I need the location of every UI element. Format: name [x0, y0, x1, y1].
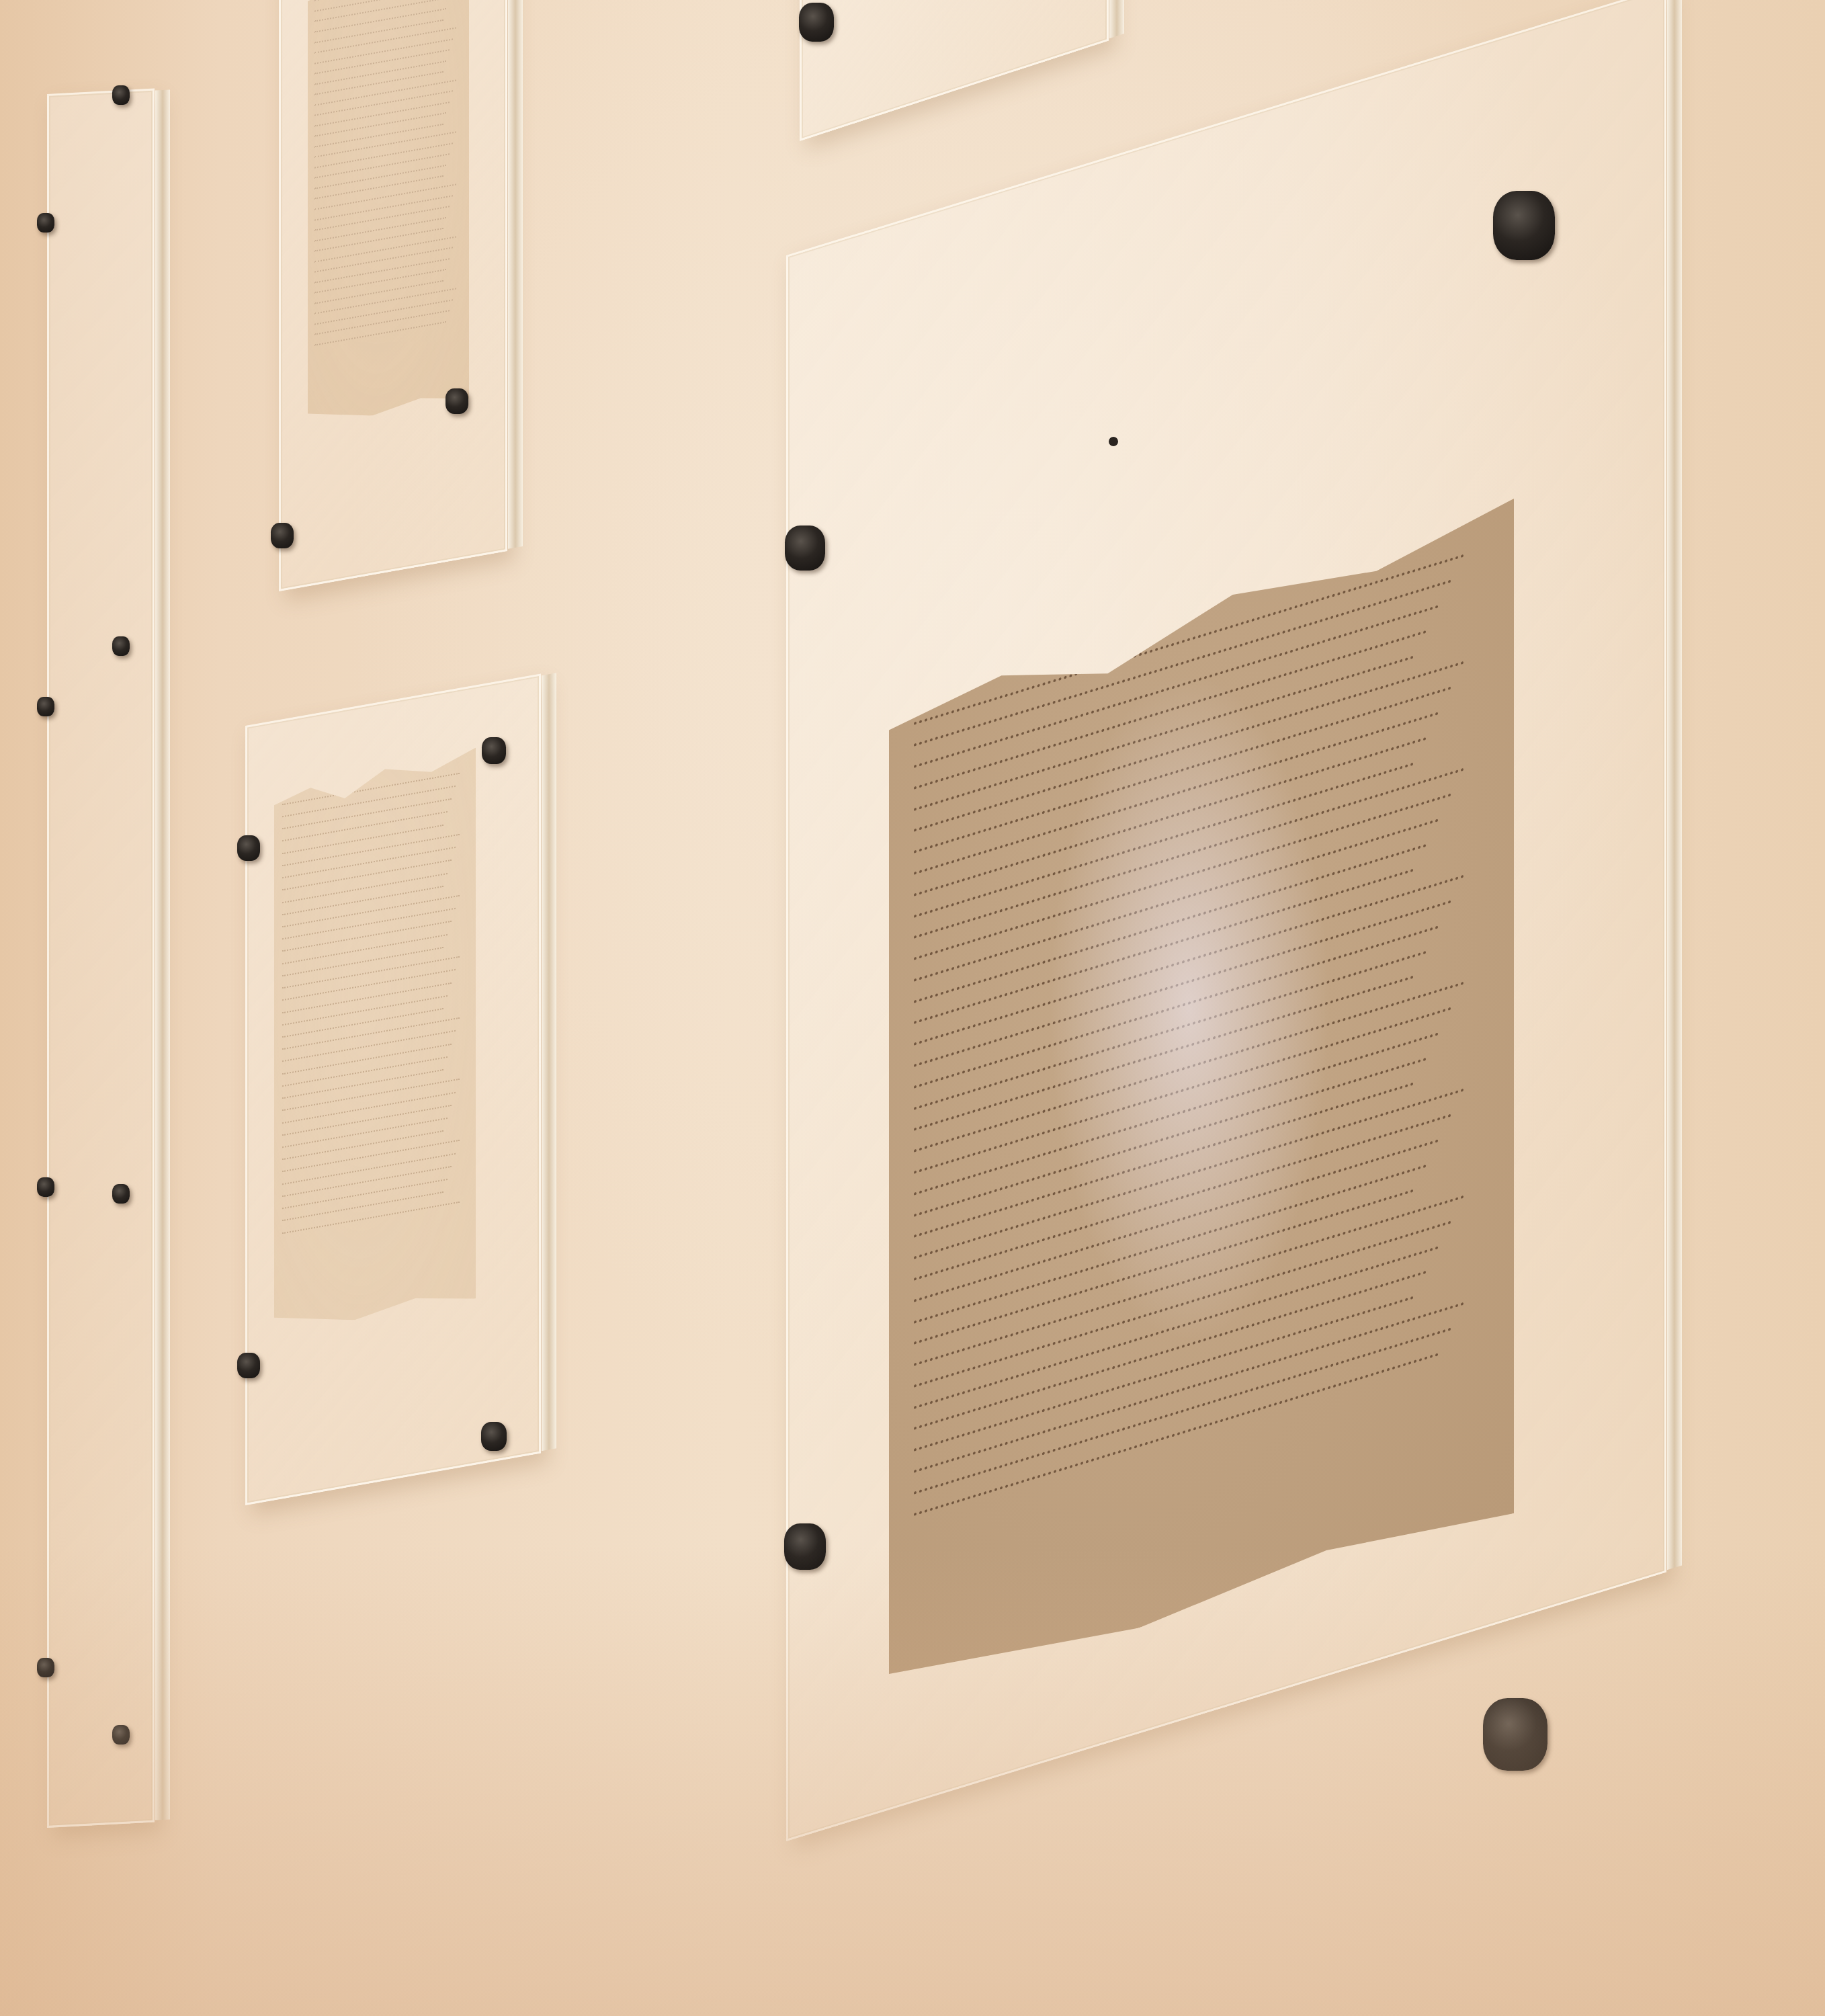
standoff-bolt-icon — [271, 523, 294, 548]
standoff-bolt-icon — [482, 737, 506, 764]
standoff-bolt-icon — [112, 85, 130, 105]
standoff-bolt-icon — [784, 1523, 826, 1570]
handwritten-line — [282, 1130, 443, 1160]
handwritten-line — [282, 1118, 448, 1148]
handwritten-line — [282, 1201, 460, 1234]
handwritten-line — [914, 1353, 1439, 1516]
acrylic-edge — [1109, 0, 1124, 38]
handwritten-line — [282, 1008, 443, 1038]
standoff-bolt-icon — [785, 526, 825, 571]
standoff-bolt-icon — [112, 1184, 130, 1204]
acrylic-edge — [542, 673, 556, 1451]
handwritten-line — [314, 60, 447, 85]
handwritten-line — [282, 811, 448, 841]
parchment-manuscript — [308, 0, 469, 427]
handwritten-line — [282, 886, 443, 915]
handwritten-line — [282, 947, 443, 976]
handwritten-line — [314, 71, 443, 95]
standoff-bolt-icon — [1483, 1698, 1547, 1771]
middle-left-frame — [245, 673, 541, 1505]
handwritten-line — [314, 310, 450, 336]
handwritten-line — [314, 206, 450, 231]
handwritten-line — [314, 165, 447, 190]
standoff-bolt-icon — [37, 213, 54, 233]
standoff-bolt-icon — [799, 3, 834, 42]
handwritten-line — [282, 934, 448, 964]
standoff-bolt-icon — [112, 636, 130, 656]
handwritten-line — [282, 995, 448, 1025]
upper-left-frame — [279, 0, 507, 591]
light-glare — [1048, 672, 1330, 1344]
handwritten-line — [282, 1191, 443, 1221]
standoff-bolt-icon — [1493, 191, 1555, 260]
handwritten-line — [314, 321, 447, 346]
handwritten-line — [282, 1056, 448, 1087]
standoff-bolt-icon — [237, 835, 260, 861]
museum-wall-photo — [0, 0, 1825, 2016]
acrylic-edge — [1667, 0, 1682, 1570]
handwritten-line — [314, 101, 450, 127]
standoff-bolt-icon — [112, 1725, 130, 1745]
handwritten-line — [314, 228, 443, 252]
handwritten-line — [314, 124, 443, 148]
handwritten-line — [282, 825, 443, 854]
standoff-bolt-icon — [237, 1353, 260, 1378]
far-left-frame — [47, 89, 155, 1828]
handwritten-line — [282, 872, 448, 902]
handwritten-line — [282, 1179, 448, 1209]
handwritten-line — [282, 1069, 443, 1099]
handwritten-line — [314, 8, 447, 33]
handwritten-line — [314, 217, 447, 242]
standoff-bolt-icon — [445, 388, 468, 414]
top-center-frame — [800, 0, 1109, 141]
handwritten-line — [314, 269, 447, 294]
handwritten-line — [914, 1327, 1451, 1495]
handwritten-line — [314, 19, 443, 43]
handwritten-line — [314, 258, 450, 284]
handwritten-line — [314, 175, 443, 200]
handwritten-line — [314, 112, 447, 137]
standoff-bolt-icon — [37, 1658, 54, 1677]
acrylic-edge — [508, 0, 523, 549]
handwritten-line — [314, 154, 450, 179]
standoff-bolt-icon — [37, 1177, 54, 1197]
parchment-manuscript — [274, 748, 476, 1335]
standoff-bolt-icon — [37, 697, 54, 716]
handwritten-line — [314, 280, 443, 304]
acrylic-edge — [155, 89, 170, 1820]
handwritten-line — [314, 49, 450, 75]
mounting-pin-icon — [1109, 437, 1118, 446]
standoff-bolt-icon — [481, 1422, 507, 1451]
